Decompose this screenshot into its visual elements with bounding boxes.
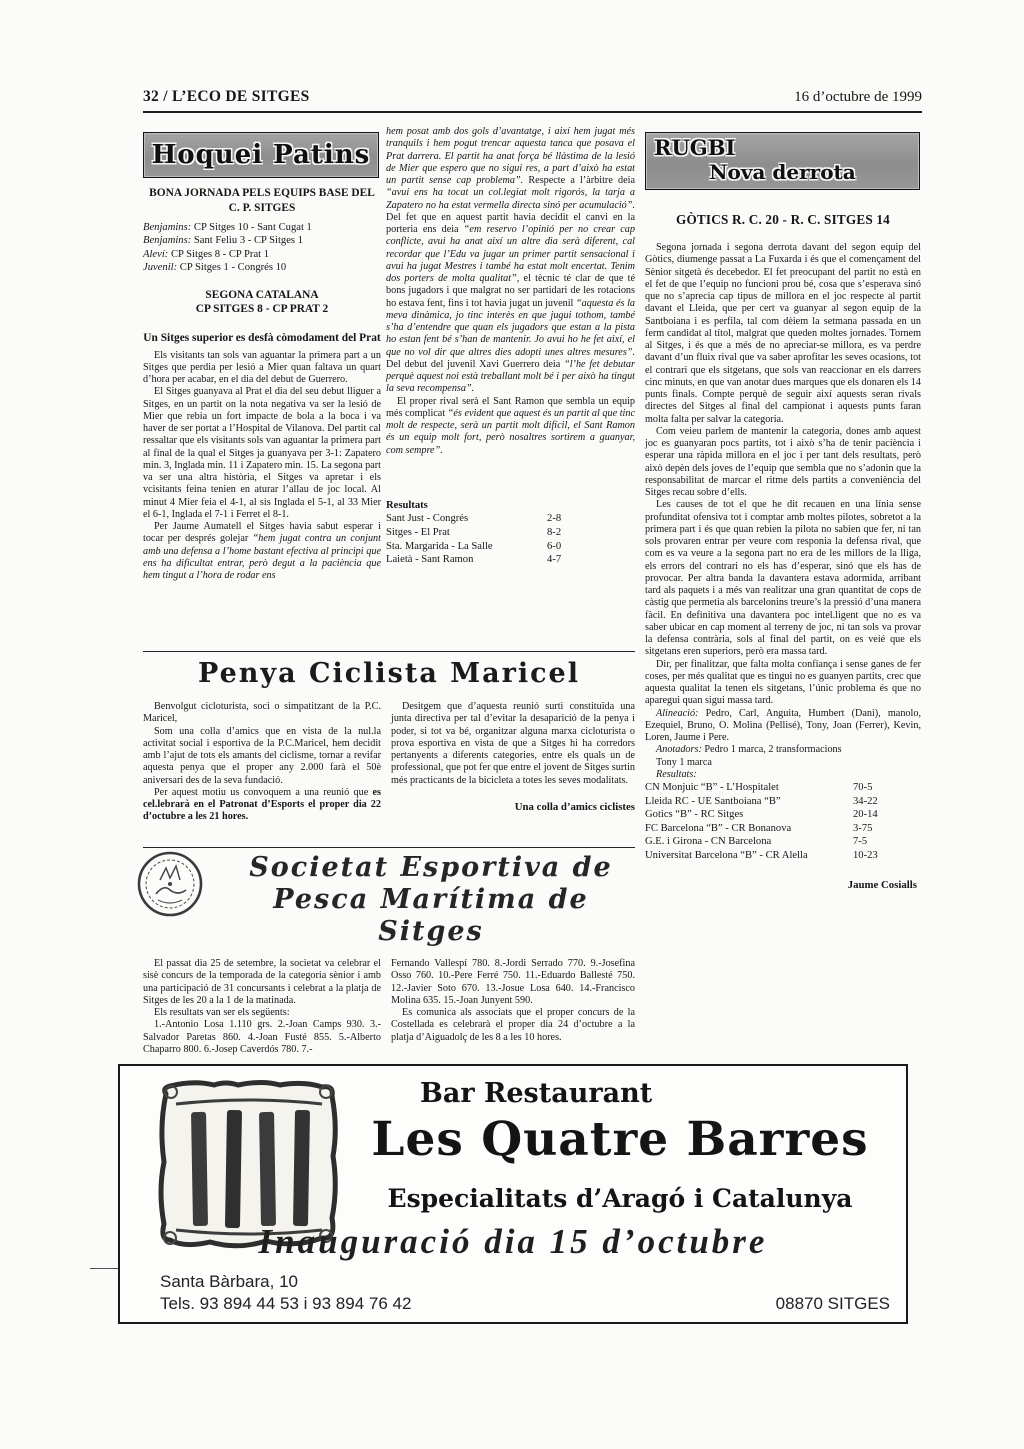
penya-left-column: Benvolgut cicloturista, soci o simpatitz…	[143, 701, 381, 824]
article-paragraph: hem posat amb dos gols d’avantatge, i ai…	[386, 126, 635, 396]
horizontal-rule	[143, 847, 635, 848]
pesca-left-column: El passat dia 25 de setembre, la societa…	[143, 958, 381, 1056]
result-row: Sant Just - Congrés2-8	[386, 512, 585, 526]
article-paragraph: Benvolgut cicloturista, soci o simpatitz…	[143, 701, 381, 726]
penya-columns: Benvolgut cicloturista, soci o simpatitz…	[143, 701, 635, 824]
result-row: Lleida RC - UE Santboiana “B”34-22	[645, 795, 897, 809]
penya-right-column: Desitgem que d’aquesta reunió surti cons…	[391, 701, 635, 824]
hoquei-subhead-line1: BONA JORNADA PELS EQUIPS BASE DEL	[143, 186, 381, 201]
scorers-paragraph: Tony 1 marca	[645, 757, 921, 769]
restaurant-ad: Bar Restaurant Les Quatre Barres Especia…	[118, 1064, 908, 1324]
rugbi-section-title: RUGBI	[654, 135, 919, 160]
rugbi-section-subtitle: Nova derrota	[646, 160, 919, 184]
base-result-row: Benjamins: Sant Feliu 3 - CP Sitges 1	[143, 234, 381, 247]
ad-postal-code: 08870 SITGES	[776, 1294, 890, 1314]
ad-street: Santa Bàrbara, 10	[160, 1271, 411, 1293]
result-row: G.E. i Girona - CN Barcelona7-5	[645, 835, 897, 849]
article-paragraph: El proper rival serà el Sant Ramon que s…	[386, 396, 635, 457]
ad-specialties: Especialitats d’Aragó i Catalunya	[340, 1184, 900, 1213]
pesca-maritima-section: Societat Esportiva de Pesca Marítima de …	[143, 852, 635, 1056]
pesca-title-line2: Pesca Marítima de Sitges	[227, 884, 635, 948]
result-row: Sta. Margarida - La Salle6-0	[386, 540, 585, 554]
article-headline: Un Sitges superior es desfà còmodament d…	[143, 331, 381, 345]
horizontal-rule	[143, 651, 635, 652]
ad-phones: Tels. 93 894 44 53 i 93 894 76 42	[160, 1293, 411, 1315]
page-number-title: 32 / L’ECO DE SITGES	[143, 88, 310, 106]
rugbi-results-list: CN Monjuic “B” - L’Hospitalet70-5 Lleida…	[645, 781, 921, 863]
pesca-columns: El passat dia 25 de setembre, la societa…	[143, 958, 635, 1056]
results-label: Resultats:	[645, 769, 921, 781]
pesca-title-line1: Societat Esportiva de	[227, 852, 635, 884]
article-paragraph: El Sitges guanyava al Prat el dia del se…	[143, 386, 381, 521]
result-row: Universitat Barcelona “B” - CR Alella10-…	[645, 849, 897, 863]
article-paragraph: Fernando Vallespí 780. 8.-Jordi Serrado …	[391, 958, 635, 1007]
article-paragraph: Per aquest motiu us convoquem a una reun…	[143, 787, 381, 824]
ad-category: Bar Restaurant	[420, 1078, 652, 1109]
article-paragraph: Desitgem que d’aquesta reunió surti cons…	[391, 701, 635, 787]
league-title: SEGONA CATALANA	[143, 288, 381, 303]
article-paragraph: 1.-Antonio Losa 1.110 grs. 2.-Joan Camps…	[143, 1019, 381, 1056]
article-paragraph: Es comunica als associats que el proper …	[391, 1007, 635, 1044]
article-paragraph: Som una colla d’amics que en vista de la…	[143, 726, 381, 787]
result-row: FC Barcelona “B” - CR Bonanova3-75	[645, 822, 897, 836]
result-row: CN Monjuic “B” - L’Hospitalet70-5	[645, 781, 897, 795]
pesca-right-column: Fernando Vallespí 780. 8.-Jordi Serrado …	[391, 958, 635, 1056]
article-paragraph: Les causes de tot el que he dit recauen …	[645, 499, 921, 658]
match-score-title: CP SITGES 8 - CP PRAT 2	[143, 302, 381, 317]
hoquei-column: BONA JORNADA PELS EQUIPS BASE DEL C. P. …	[143, 186, 381, 582]
penya-title: Penya Ciclista Maricel	[143, 658, 635, 689]
base-result-row: Juvenil: CP Sitges 1 - Congrés 10	[143, 261, 381, 274]
rugbi-headline: GÒTICS R. C. 20 - R. C. SITGES 14	[645, 212, 921, 228]
restaurant-name: Les Quatre Barres	[340, 1112, 900, 1167]
author-signature: Jaume Cosialls	[645, 879, 921, 891]
pesca-title-block: Societat Esportiva de Pesca Marítima de …	[227, 852, 635, 948]
article-paragraph: Com veieu parlem de mantenir la categori…	[645, 426, 921, 500]
article-paragraph: Segona jornada i segona derrota davant d…	[645, 242, 921, 426]
result-row: Sitges - El Prat8-2	[386, 526, 585, 540]
ad-address-block: Santa Bàrbara, 10 Tels. 93 894 44 53 i 9…	[160, 1271, 411, 1315]
article-paragraph: Per Jaume Aumatell el Sitges havia sabut…	[143, 521, 381, 582]
page-date: 16 d’octubre de 1999	[794, 89, 922, 106]
margin-mark	[90, 1268, 118, 1269]
rugbi-section-banner: RUGBI Nova derrota	[645, 132, 920, 190]
masthead: 32 / L’ECO DE SITGES 16 d’octubre de 199…	[143, 88, 922, 113]
hoquei-results-block: Resultats Sant Just - Congrés2-8 Sitges …	[386, 499, 635, 567]
hoquei-subhead-line2: C. P. SITGES	[143, 201, 381, 216]
article-paragraph: Els resultats van ser els següents:	[143, 1007, 381, 1019]
article-paragraph: Els visitants tan sols van aguantar la p…	[143, 350, 381, 387]
collective-signature: Una colla d’amics ciclistes	[391, 801, 635, 813]
hoquei-column-continued: hem posat amb dos gols d’avantatge, i ai…	[386, 126, 635, 567]
seal-icon	[136, 850, 204, 918]
base-result-row: Benjamins: CP Sitges 10 - Sant Cugat 1	[143, 221, 381, 234]
ad-opening-announcement: Inauguració dia 15 d’octubre	[120, 1222, 906, 1262]
base-result-row: Aleví: CP Sitges 8 - CP Prat 1	[143, 248, 381, 261]
lineup-paragraph: Alineació: Pedro, Carl, Anguita, Humbert…	[645, 708, 921, 745]
rugbi-column: GÒTICS R. C. 20 - R. C. SITGES 14 Segona…	[645, 212, 921, 891]
article-paragraph: Dir, per finalitzar, que falta molta con…	[645, 659, 921, 708]
result-row: Laietà - Sant Ramon4-7	[386, 553, 585, 567]
hoquei-section-title: Hoquei Patins	[152, 140, 371, 170]
article-paragraph: El passat dia 25 de setembre, la societa…	[143, 958, 381, 1007]
results-list: Sant Just - Congrés2-8 Sitges - El Prat8…	[386, 512, 635, 566]
hoquei-section-banner: Hoquei Patins	[143, 132, 379, 178]
hoquei-base-results: Benjamins: CP Sitges 10 - Sant Cugat 1 B…	[143, 221, 381, 275]
scorers-paragraph: Anotadors: Pedro 1 marca, 2 transformaci…	[645, 744, 921, 756]
results-header: Resultats	[386, 499, 635, 513]
penya-ciclista-section: Penya Ciclista Maricel Benvolgut ciclotu…	[143, 658, 635, 824]
result-row: Gotics “B” - RC Sitges20-14	[645, 808, 897, 822]
